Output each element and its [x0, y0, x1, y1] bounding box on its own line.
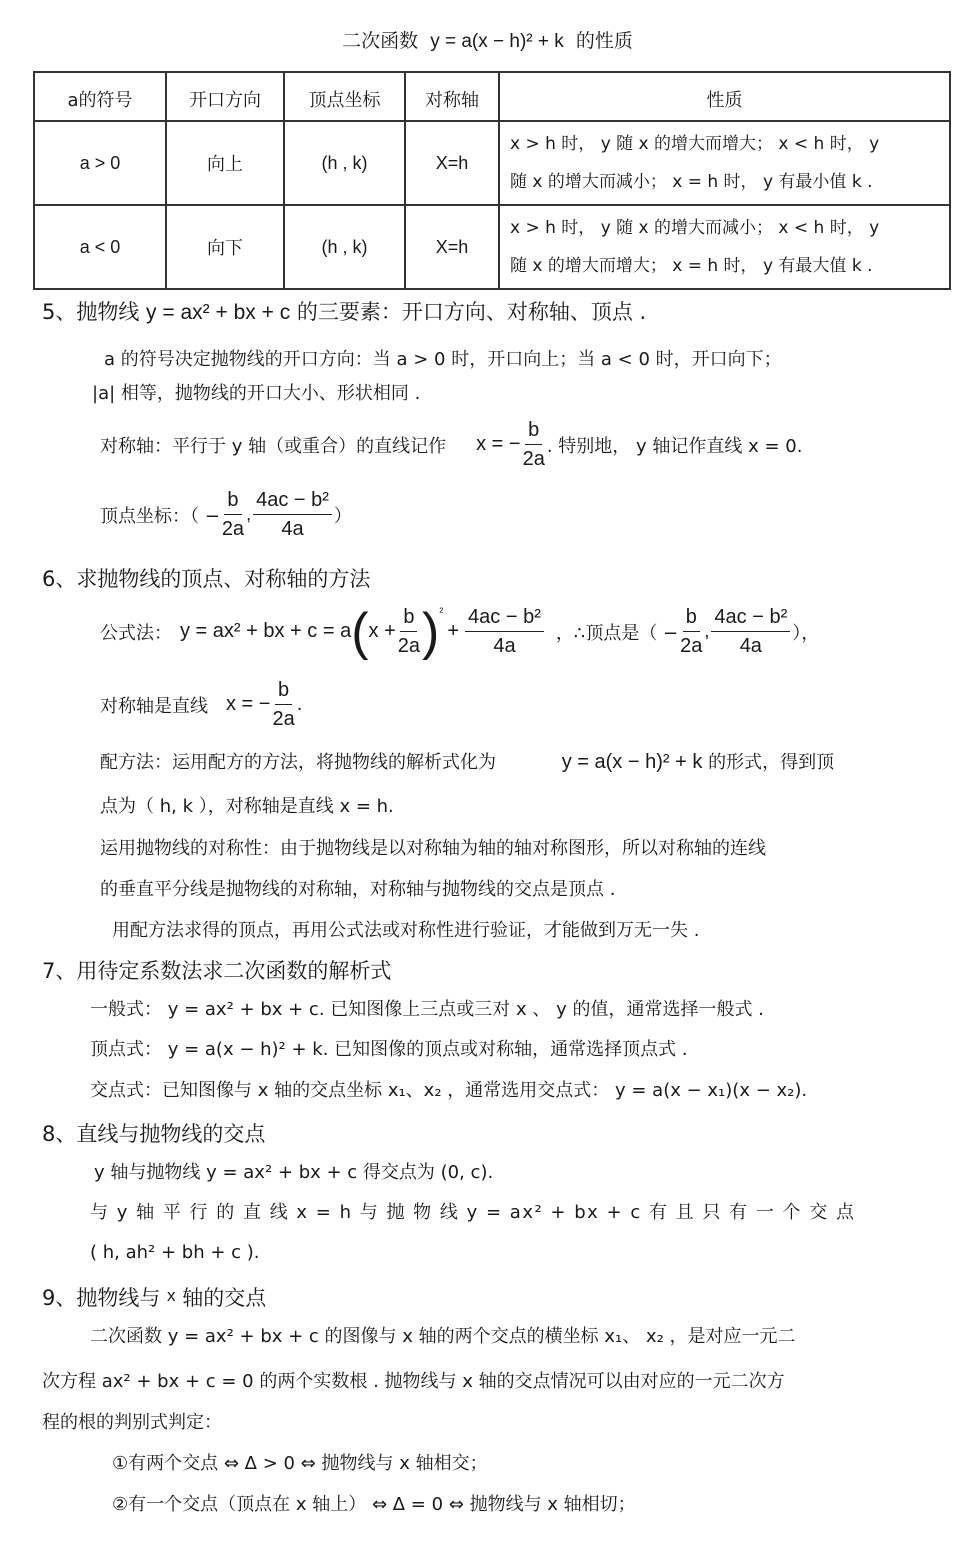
s5-sign-rule: a 的符号决定抛物线的开口方向：当 a > 0 时，开口向上；当 a < 0 时…: [104, 345, 782, 371]
s5-abs-a-rule: |a| 相等，抛物线的开口大小、形状相同 .: [92, 379, 420, 405]
s7-vertex-form: 顶点式： y = a(x − h)² + k. 已知图像的顶点或对称轴，通常选择…: [90, 1035, 688, 1061]
numerator: b: [275, 678, 292, 705]
s6-peifang-line-1: 配方法：运用配方的方法，将抛物线的解析式化为 y = a(x − h)² + k…: [100, 748, 834, 774]
cell-direction: 向上: [166, 121, 284, 205]
fraction: b2a: [398, 605, 420, 658]
property-line: 随 x 的增大而增大； x = h 时， y 有最大值 k .: [510, 247, 939, 285]
heading-text: 轴的交点: [176, 1286, 267, 1310]
text: ，∴顶点是（ −: [556, 619, 678, 645]
fraction: b2a: [272, 678, 294, 731]
cell-axis: X=h: [405, 205, 499, 289]
heading-text: 的三要素：开口方向、对称轴、顶点 .: [290, 300, 646, 324]
s8-line-2: 与 y 轴 平 行 的 直 线 x = h 与 抛 物 线 y = ax² + …: [90, 1198, 856, 1224]
fraction: b2a: [523, 418, 545, 471]
s6-symmetry-line-2: 的垂直平分线是抛物线的对称轴，对称轴与抛物线的交点是顶点 .: [100, 875, 615, 901]
cell-property: x > h 时， y 随 x 的增大而增大； x < h 时， y 随 x 的增…: [499, 121, 950, 205]
title-suffix: 的性质: [576, 30, 633, 52]
section-5-heading: 5、抛物线 y = ax² + bx + c 的三要素：开口方向、对称轴、顶点 …: [42, 296, 646, 326]
denominator: 2a: [398, 632, 420, 658]
cell-property: x > h 时， y 随 x 的增大而减小； x < h 时， y 随 x 的增…: [499, 205, 950, 289]
s6-peifang-line-2: 点为（ h, k ），对称轴是直线 x = h.: [100, 792, 394, 818]
operator: +: [447, 620, 459, 643]
numerator: b: [525, 418, 542, 445]
text: 配方法：运用配方的方法，将抛物线的解析式化为: [100, 752, 496, 773]
cell-direction: 向下: [166, 205, 284, 289]
s5-vertex-line: 顶点坐标：（ − b2a , 4ac − b²4a ）: [100, 488, 352, 541]
properties-table: a的符号 开口方向 顶点坐标 对称轴 性质 a > 0 向上 (h , k) X…: [33, 71, 951, 290]
property-line: x > h 时， y 随 x 的增大而增大； x < h 时， y: [510, 125, 939, 163]
denominator: 4a: [493, 632, 515, 658]
title-prefix: 二次函数: [342, 30, 418, 52]
header-axis: 对称轴: [405, 72, 499, 121]
cell-vertex: (h , k): [284, 205, 405, 289]
denominator: 2a: [222, 515, 244, 541]
numerator: b: [400, 605, 417, 632]
document-title: 二次函数 y = a(x − h)² + k 的性质: [0, 26, 975, 53]
text: 对称轴：平行于 y 轴（或重合）的直线记作: [100, 432, 446, 458]
denominator: 2a: [523, 445, 545, 471]
denominator: 2a: [680, 632, 702, 658]
numerator: 4ac − b²: [711, 605, 790, 632]
title-formula: y = a(x − h)² + k: [430, 31, 564, 52]
property-line: x > h 时， y 随 x 的增大而减小； x < h 时， y: [510, 209, 939, 247]
text: 的形式，得到顶: [708, 752, 834, 773]
s9-paragraph-line-3: 程的根的判别式判定：: [42, 1408, 222, 1434]
s9-case-2: ②有一个交点（顶点在 x 轴上） ⇔ Δ = 0 ⇔ 抛物线与 x 轴相切；: [112, 1490, 636, 1516]
cell-axis: X=h: [405, 121, 499, 205]
text: . 特别地， y 轴记作直线 x = 0.: [547, 432, 803, 458]
s6-axis-line: 对称轴是直线 x = − b2a .: [100, 678, 302, 731]
numerator: 4ac − b²: [253, 488, 332, 515]
formula: y = ax² + bx + c = a: [180, 620, 351, 643]
s9-paragraph-line-2: 次方程 ax² + bx + c = 0 的两个实数根 . 抛物线与 x 轴的交…: [42, 1367, 785, 1393]
heading-formula: y = ax² + bx + c: [146, 301, 290, 324]
label: 对称轴是直线: [100, 692, 208, 718]
exponent: ²: [439, 605, 443, 619]
heading-text: 5、抛物线: [42, 300, 146, 324]
s6-verify-line: 用配方法求得的顶点，再用公式法或对称性进行验证，才能做到万无一失 .: [112, 916, 699, 942]
header-direction: 开口方向: [166, 72, 284, 121]
table-row: a < 0 向下 (h , k) X=h x > h 时， y 随 x 的增大而…: [34, 205, 950, 289]
fraction: b2a: [222, 488, 244, 541]
fraction: 4ac − b²4a: [711, 605, 790, 658]
fraction: 4ac − b²4a: [253, 488, 332, 541]
denominator: 4a: [740, 632, 762, 658]
s6-symmetry-line-1: 运用抛物线的对称性：由于抛物线是以对称轴为轴的轴对称图形，所以对称轴的连线: [100, 834, 766, 860]
fraction: b2a: [680, 605, 702, 658]
label: 公式法：: [100, 619, 172, 645]
cell-sign: a > 0: [34, 121, 166, 205]
numerator: 4ac − b²: [465, 605, 544, 632]
section-6-heading: 6、求抛物线的顶点、对称轴的方法: [42, 563, 370, 593]
table-row: a > 0 向上 (h , k) X=h x > h 时， y 随 x 的增大而…: [34, 121, 950, 205]
s8-line-1: y 轴与抛物线 y = ax² + bx + c 得交点为 (0, c).: [94, 1158, 493, 1184]
denominator: 2a: [272, 705, 294, 731]
heading-text: 9、抛物线与: [42, 1286, 167, 1310]
section-9-heading: 9、抛物线与 x 轴的交点: [42, 1282, 266, 1312]
s8-line-3: ( h, ah² + bh + c ).: [90, 1242, 260, 1263]
text: 顶点坐标：（ −: [100, 502, 220, 528]
s7-general-form: 一般式： y = ax² + bx + c. 已知图像上三点或三对 x 、 y …: [90, 995, 764, 1021]
heading-variable: x: [167, 1286, 176, 1305]
property-line: 随 x 的增大而减小； x = h 时， y 有最小值 k .: [510, 163, 939, 201]
header-sign: a的符号: [34, 72, 166, 121]
table-header-row: a的符号 开口方向 顶点坐标 对称轴 性质: [34, 72, 950, 121]
s7-intercept-form: 交点式：已知图像与 x 轴的交点坐标 x₁、x₂ ，通常选用交点式： y = a…: [90, 1076, 807, 1102]
text: ）: [334, 502, 352, 528]
denominator: 4a: [281, 515, 303, 541]
formula: x = −: [476, 433, 520, 456]
formula: x +: [369, 620, 396, 643]
s9-paragraph-line-1: 二次函数 y = ax² + bx + c 的图像与 x 轴的两个交点的横坐标 …: [90, 1322, 796, 1348]
formula: x = −: [226, 693, 270, 716]
header-vertex: 顶点坐标: [284, 72, 405, 121]
s6-formula-line: 公式法： y = ax² + bx + c = a ( x + b2a )² +…: [100, 605, 819, 658]
text: .: [297, 694, 303, 715]
formula: y = a(x − h)² + k: [562, 751, 703, 773]
section-8-heading: 8、直线与抛物线的交点: [42, 1118, 265, 1148]
fraction: 4ac − b²4a: [465, 605, 544, 658]
cell-vertex: (h , k): [284, 121, 405, 205]
s9-case-1: ①有两个交点 ⇔ Δ > 0 ⇔ 抛物线与 x 轴相交；: [112, 1449, 488, 1475]
section-7-heading: 7、用待定系数法求二次函数的解析式: [42, 955, 391, 985]
s5-axis-line: 对称轴：平行于 y 轴（或重合）的直线记作 x = − b2a . 特别地， y…: [100, 418, 802, 471]
numerator: b: [683, 605, 700, 632]
text: ），: [792, 619, 819, 645]
header-property: 性质: [499, 72, 950, 121]
numerator: b: [224, 488, 241, 515]
cell-sign: a < 0: [34, 205, 166, 289]
